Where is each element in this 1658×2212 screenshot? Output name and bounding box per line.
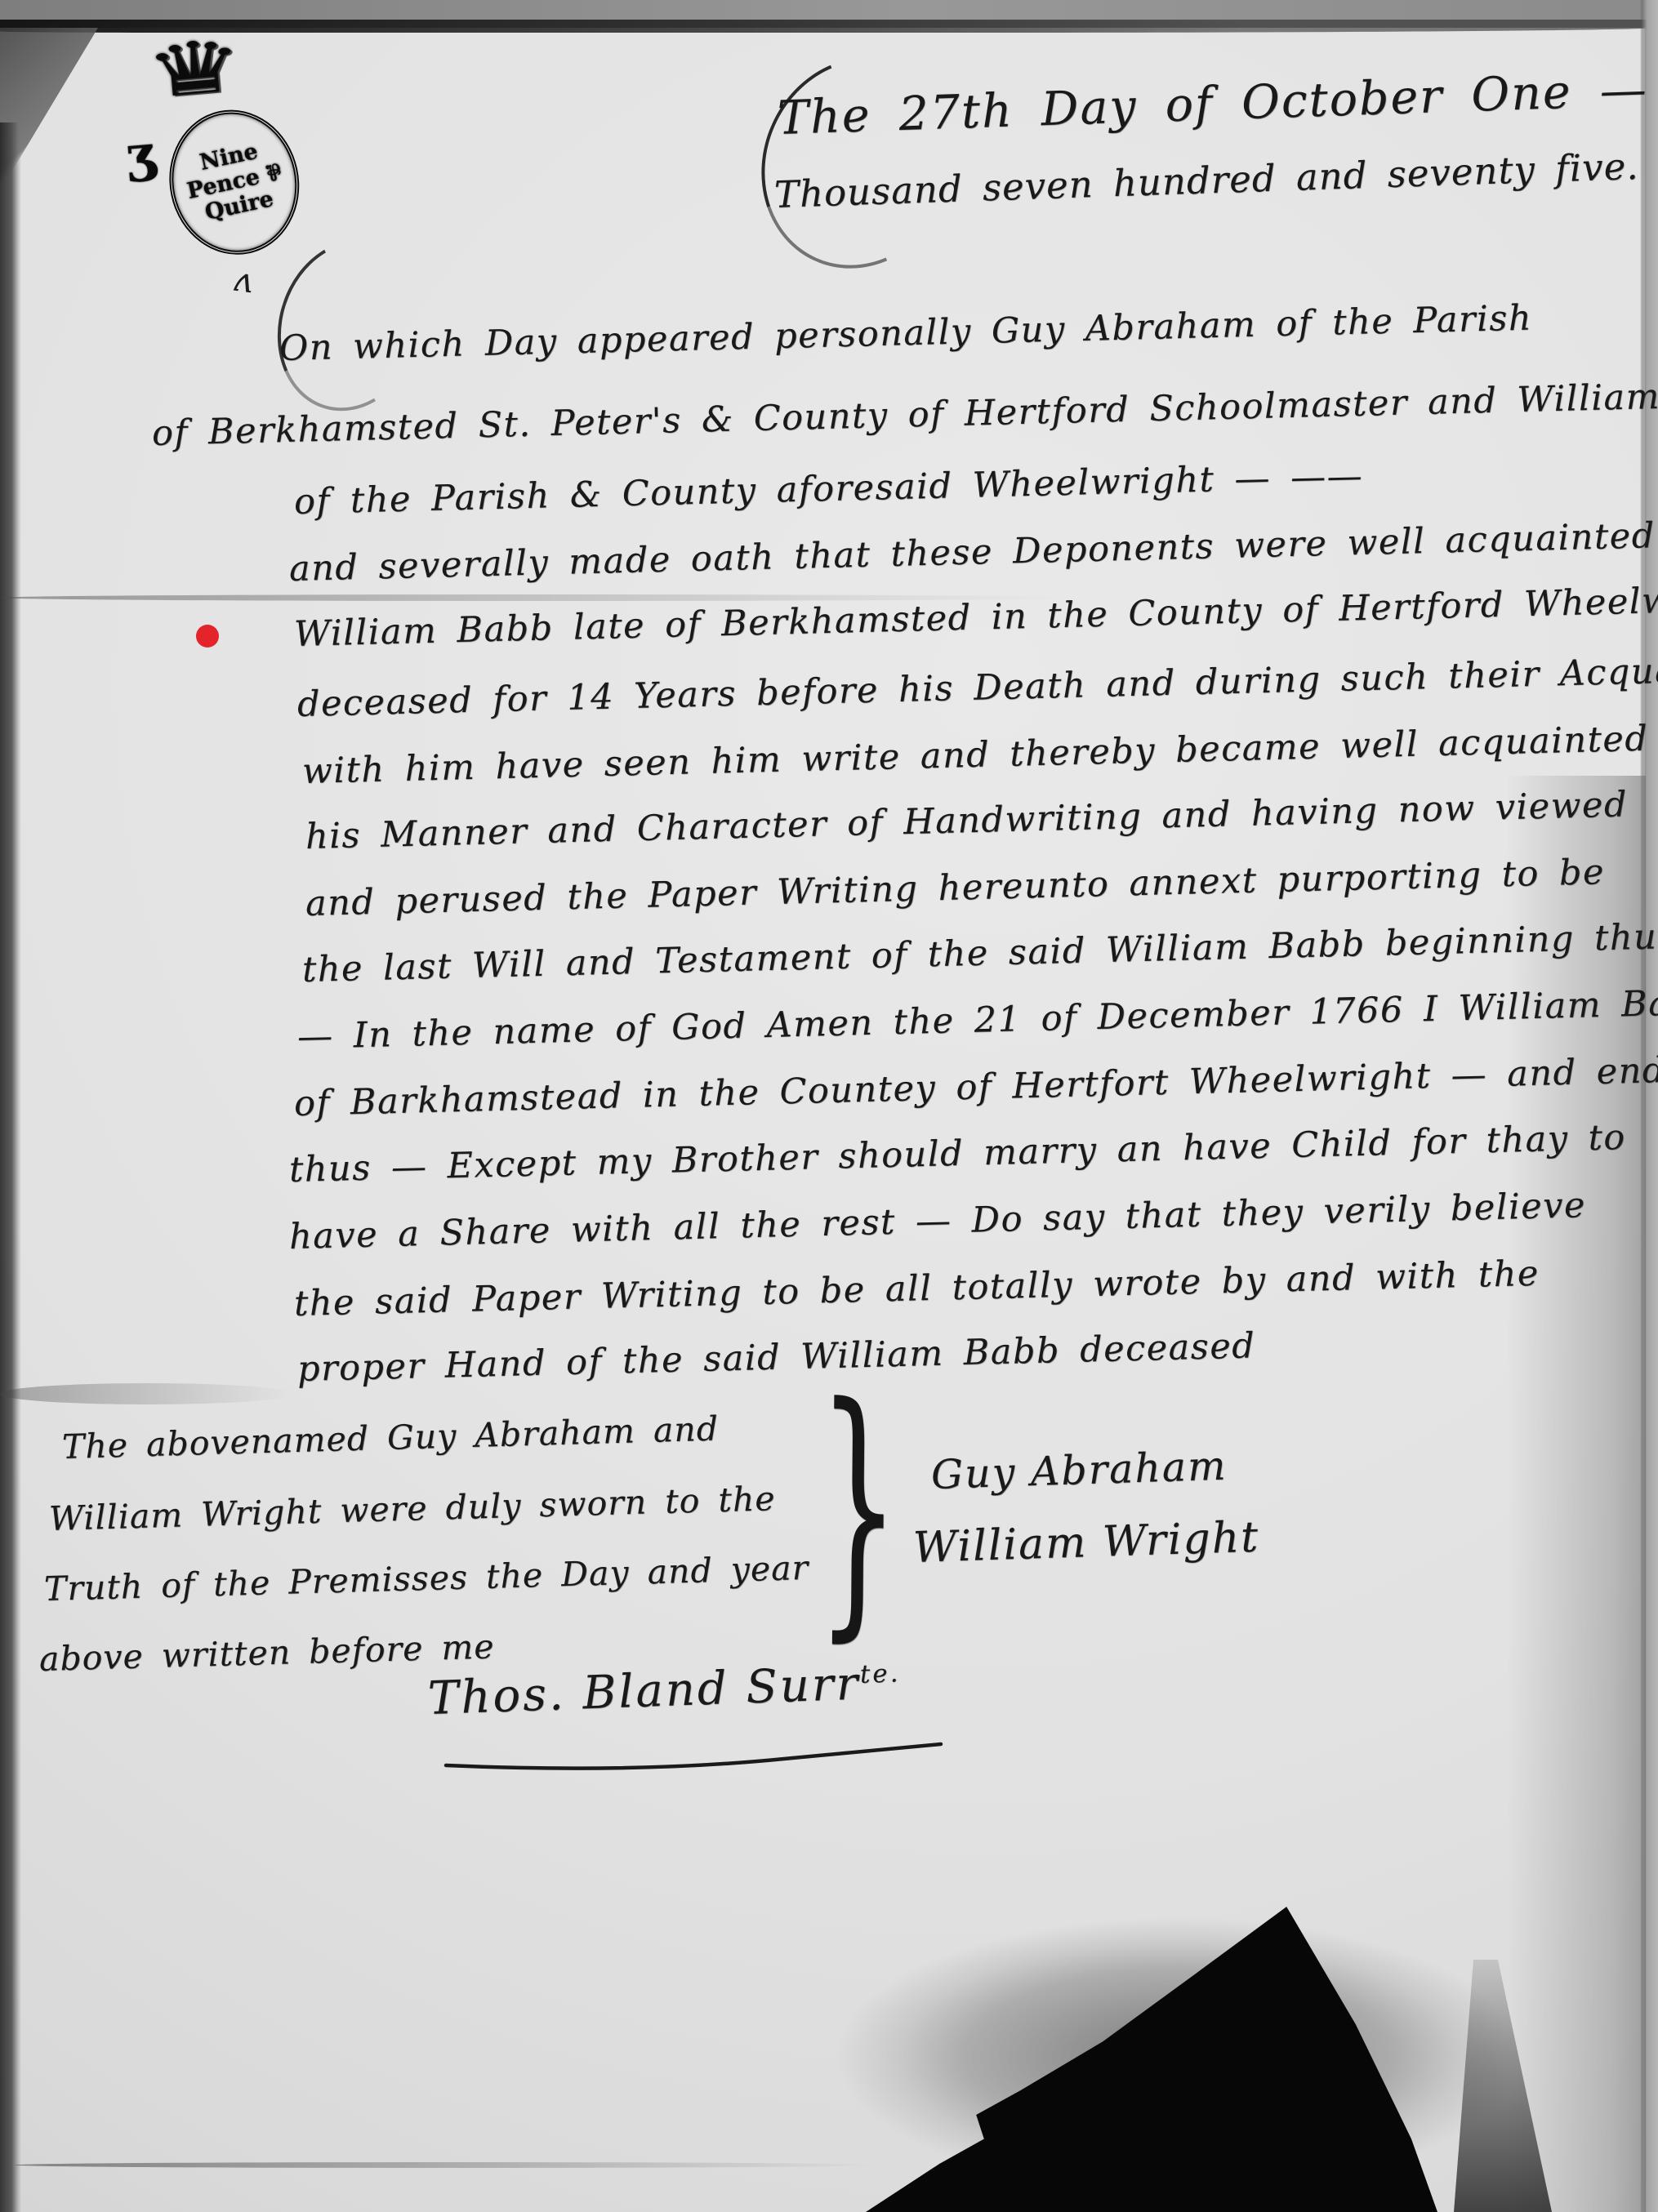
signature-underline-flourish — [441, 1738, 947, 1777]
red-marker-dot — [196, 625, 219, 648]
document-photo: ʒ ♛ Nine Pence ⅌ Quire ʌ The 27th Day of… — [0, 0, 1658, 2212]
signature-guy-abraham: Guy Abraham — [930, 1443, 1228, 1498]
flourish-svg — [441, 1738, 947, 1774]
crown-icon: ♛ — [142, 29, 247, 109]
nine-pence-duty-stamp: ʒ ♛ Nine Pence ⅌ Quire — [131, 33, 301, 261]
paper-top-edge-shadow — [0, 20, 1658, 33]
stamp-side-mark: ʒ — [123, 123, 157, 185]
official-signature-superscript: te. — [859, 1658, 901, 1689]
paper-left-edge-shadow — [0, 122, 21, 2212]
stamp-oval: Nine Pence ⅌ Quire — [156, 98, 313, 267]
fold-crease-middle — [0, 1383, 294, 1404]
photo-background-top — [0, 0, 1658, 21]
attestation-brace: } — [816, 1349, 901, 1666]
